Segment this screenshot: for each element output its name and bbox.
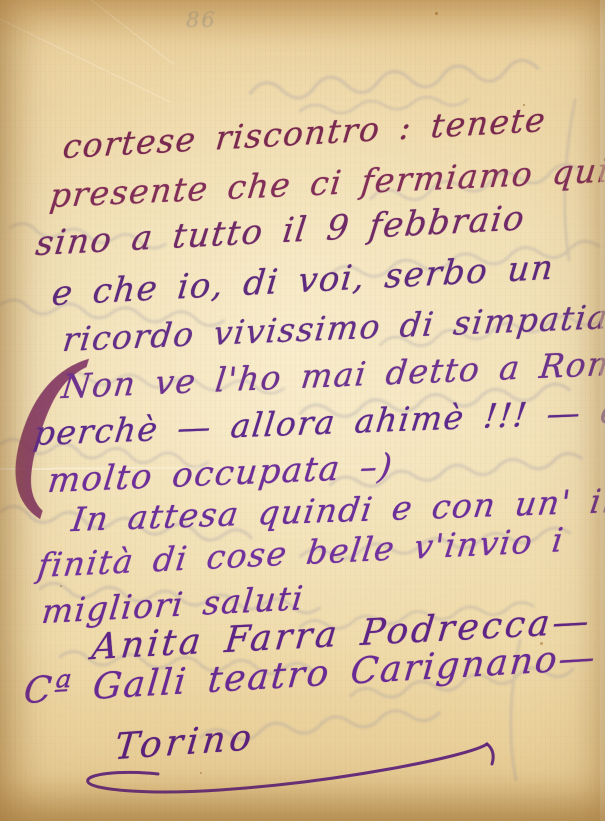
ink-speck (435, 12, 438, 15)
ink-speck (200, 772, 202, 774)
letter-page: 86 ( cortese riscontro : tenete presente… (0, 0, 605, 821)
page-number-faint: 86 (186, 8, 217, 32)
ink-speck (60, 585, 62, 587)
paper-scratch (56, 0, 175, 65)
place-line: Torino (113, 717, 257, 768)
paper-scratch (0, 18, 171, 102)
signature-underline-flourish (40, 738, 520, 808)
